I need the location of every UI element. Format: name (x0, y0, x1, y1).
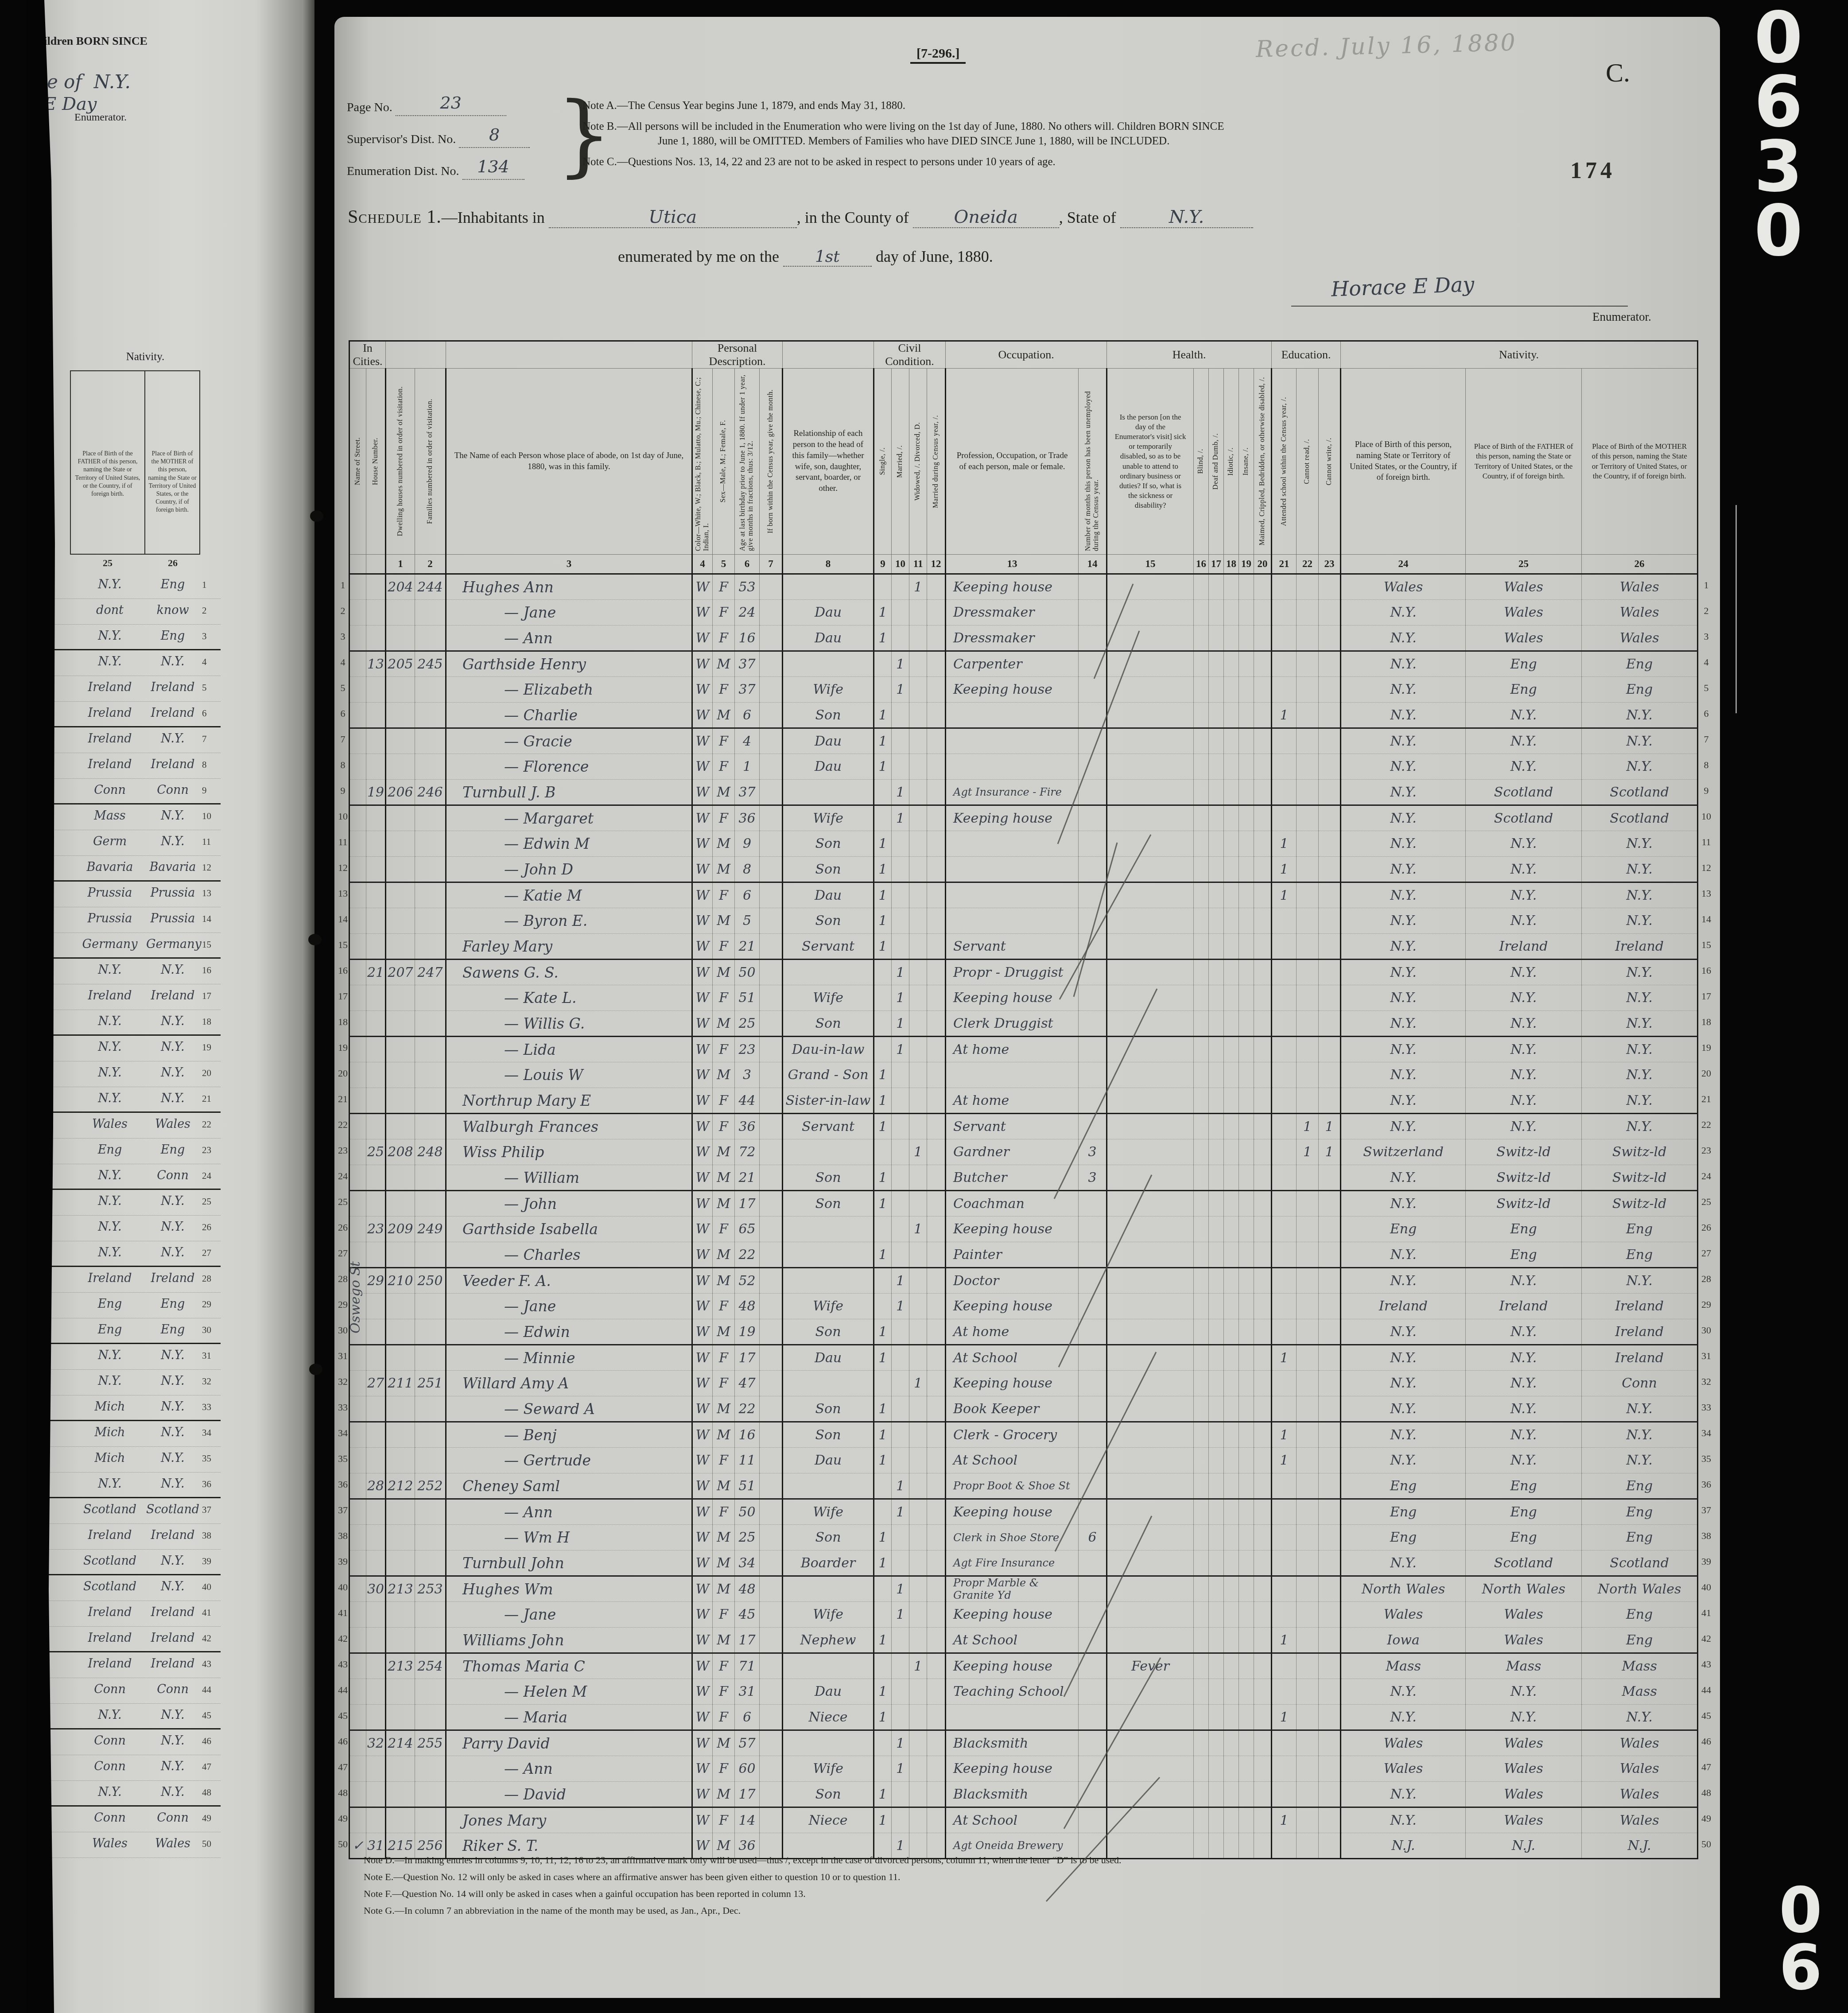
street-cell (349, 651, 366, 677)
color-cell: W (692, 1628, 713, 1653)
birth-month-cell (760, 985, 783, 1011)
pob-father-cell-value: Eng (1510, 657, 1537, 672)
single-cell-value: 1 (878, 1247, 887, 1263)
row-number-left: 28 (336, 1273, 349, 1285)
single-cell: 1 (874, 703, 892, 728)
unemployed-cell (1079, 1756, 1107, 1782)
single-cell (874, 677, 892, 703)
deaf-cell (1209, 1807, 1224, 1833)
color-cell-value: W (696, 630, 710, 646)
single-cell-value: 1 (878, 862, 887, 877)
col-header-4: Color—White, W.; Black, B.; Mulatto, Mu.… (692, 369, 713, 555)
color-cell-value: W (696, 1093, 710, 1108)
name-cell: — William (446, 1165, 692, 1191)
cannot-write-cell: 1 (1319, 1139, 1341, 1165)
married-cy-cell (927, 857, 946, 882)
family-cell (415, 831, 446, 857)
left-row-number: 50 (202, 1838, 211, 1850)
married-cell (892, 574, 909, 600)
left-page-row: ScotlandN.Y.40 (26, 1575, 221, 1601)
blind-cell (1194, 626, 1209, 651)
color-cell: W (692, 1396, 713, 1422)
occupation-cell (946, 831, 1079, 857)
dwelling-cell (386, 1037, 415, 1062)
table-row: 30213253Hughes WmWM481Propr Marble & Gra… (349, 1576, 1698, 1602)
deaf-cell (1209, 1756, 1224, 1782)
sex-cell: M (713, 703, 735, 728)
relationship-cell-value: Son (815, 1427, 841, 1443)
pob-father-cell-value: N.Y. (1510, 990, 1537, 1006)
color-cell: W (692, 1216, 713, 1242)
film-digit: 0 (1736, 199, 1821, 264)
cannot-write-cell (1319, 960, 1341, 985)
place-value: Utica (648, 207, 697, 227)
occupation-cell-value: Dressmaker (953, 605, 1035, 620)
col-number: 7 (760, 555, 783, 574)
occupation-cell: At School (946, 1628, 1079, 1653)
col-header-12: Married during Census year, /. (927, 369, 946, 555)
pob-father-cell: N.Y. (1466, 1396, 1582, 1422)
disabled-cell (1254, 960, 1272, 985)
pob-cell-value: Mass (1386, 1659, 1421, 1674)
left-pob-mother: N.Y. (146, 1092, 199, 1105)
pob-father-cell-value: N.Y. (1510, 1453, 1537, 1468)
sex-cell-value: F (719, 1093, 728, 1108)
married-cy-cell (927, 1037, 946, 1062)
house-cell (366, 1396, 386, 1422)
house-cell-value: 30 (367, 1582, 384, 1597)
color-cell-value: W (696, 1813, 710, 1828)
name-cell-value: — Willis G. (504, 1015, 585, 1032)
deaf-cell (1209, 626, 1224, 651)
name-cell: — Byron E. (446, 908, 692, 934)
left-row-number: 40 (202, 1582, 211, 1593)
left-pob-mother: N.Y. (146, 1426, 199, 1439)
col-header-26: Place of Birth of the MOTHER of this per… (1582, 369, 1698, 555)
left-pob-father: N.Y. (74, 578, 145, 591)
pob-cell-value: N.Y. (1390, 1453, 1416, 1468)
age-cell-value: 3 (743, 1067, 751, 1083)
pob-mother-cell: N.Y. (1582, 728, 1698, 754)
pob-mother-cell: Wales (1582, 1730, 1698, 1756)
school-cell (1272, 908, 1297, 934)
family-cell-value: 248 (417, 1144, 443, 1160)
disabled-cell (1254, 1807, 1272, 1833)
pob-mother-cell: N.J. (1582, 1833, 1698, 1859)
deaf-cell (1209, 1782, 1224, 1807)
row-number-right: 45 (1700, 1710, 1713, 1722)
deaf-cell (1209, 985, 1224, 1011)
name-cell-value: — John D (504, 861, 573, 878)
single-cell-value: 1 (878, 888, 887, 903)
birth-month-cell (760, 1499, 783, 1525)
relationship-cell: Servant (783, 934, 874, 960)
row-number-right: 19 (1700, 1042, 1713, 1053)
sex-cell-value: M (717, 657, 730, 672)
family-cell (415, 1448, 446, 1473)
col-header-6: Age at last birthday prior to June 1, 18… (735, 369, 760, 555)
color-cell: W (692, 626, 713, 651)
pob-father-cell-value: Wales (1504, 1813, 1543, 1828)
table-row: 21207247Sawens G. S.WM501Propr - Druggis… (349, 960, 1698, 985)
age-cell-value: 17 (738, 1350, 755, 1366)
col-number: 14 (1079, 555, 1107, 574)
pob-cell: N.Y. (1341, 1062, 1466, 1088)
disabled-cell (1254, 677, 1272, 703)
birth-month-cell (760, 780, 783, 805)
birth-month-cell (760, 1679, 783, 1705)
school-cell: 1 (1272, 1448, 1297, 1473)
cannot-write-cell (1319, 882, 1341, 908)
single-cell-value: 1 (878, 1196, 887, 1212)
widowed-cell (909, 703, 927, 728)
relationship-cell (783, 960, 874, 985)
blind-cell (1194, 1139, 1209, 1165)
dwelling-cell (386, 600, 415, 626)
age-cell: 16 (735, 626, 760, 651)
row-number-right: 9 (1700, 785, 1713, 797)
left-pob-father: Mich (74, 1451, 145, 1465)
relationship-cell: Dau (783, 1345, 874, 1371)
left-pob-mother: Eng (146, 1297, 199, 1311)
pob-father-cell: N.Y. (1466, 1679, 1582, 1705)
age-cell: 17 (735, 1345, 760, 1371)
left-page-row: N.Y.N.Y.48 (26, 1781, 221, 1807)
dwelling-cell: 211 (386, 1371, 415, 1396)
married-cell (892, 1345, 909, 1371)
disabled-cell (1254, 1216, 1272, 1242)
age-cell: 14 (735, 1807, 760, 1833)
name-cell-value: Veeder F. A. (462, 1272, 551, 1290)
col-number: 22 (1297, 555, 1319, 574)
house-cell (366, 1114, 386, 1139)
married-cy-cell (927, 985, 946, 1011)
sex-cell-value: M (717, 1838, 730, 1854)
pob-father-cell: Eng (1466, 1525, 1582, 1551)
relationship-cell-value: Niece (808, 1813, 847, 1828)
color-cell-value: W (696, 1684, 710, 1699)
left-page-row: EngEng23 (26, 1139, 221, 1164)
deaf-cell (1209, 1114, 1224, 1139)
note-a: Note A.—The Census Year begins June 1, 1… (582, 100, 1504, 111)
house-cell: 28 (366, 1473, 386, 1499)
left-page-row: ConnConn44 (26, 1678, 221, 1704)
cannot-read-cell (1297, 960, 1319, 985)
pob-cell: N.Y. (1341, 1011, 1466, 1037)
left-pob-mother: N.Y. (146, 1580, 199, 1593)
pob-mother-cell-value: Wales (1620, 1813, 1659, 1828)
pob-mother-cell: N.Y. (1582, 1037, 1698, 1062)
pob-mother-cell: N.Y. (1582, 1396, 1698, 1422)
table-row: — EdwinWM19Son1At homeN.Y.N.Y.Ireland (349, 1319, 1698, 1345)
pob-mother-cell: N.Y. (1582, 1448, 1698, 1473)
pob-cell-value: N.Y. (1390, 734, 1416, 749)
pob-cell: N.Y. (1341, 1705, 1466, 1730)
disabled-cell (1254, 831, 1272, 857)
house-cell (366, 1602, 386, 1628)
unemployed-cell (1079, 1473, 1107, 1499)
pob-father-cell: Scotland (1466, 1551, 1582, 1576)
col-number: 16 (1194, 555, 1209, 574)
sex-cell: M (713, 1576, 735, 1602)
name-cell-value: Garthside Isabella (462, 1220, 598, 1238)
unemployed-cell (1079, 651, 1107, 677)
pob-father-cell-value: N.Y. (1510, 862, 1537, 877)
pob-mother-cell-value: N.Y. (1626, 1016, 1652, 1031)
pob-father-cell-value: N.Y. (1510, 1067, 1537, 1083)
family-cell (415, 1756, 446, 1782)
cannot-write-cell (1319, 1242, 1341, 1268)
occupation-cell-value: Propr Marble & Granite Yd (953, 1577, 1039, 1601)
table-row: 19206246Turnbull J. BWM371Agt Insurance … (349, 780, 1698, 805)
pob-father-cell-value: N.Y. (1510, 913, 1537, 929)
pob-father-cell-value: N.J. (1512, 1838, 1535, 1854)
relationship-cell: Son (783, 857, 874, 882)
cannot-write-cell (1319, 985, 1341, 1011)
school-cell (1272, 1653, 1297, 1679)
unemployed-cell (1079, 600, 1107, 626)
relationship-cell-value: Son (815, 1324, 841, 1340)
sickness-cell (1107, 1191, 1194, 1216)
sickness-cell (1107, 882, 1194, 908)
name-cell: — Ann (446, 626, 692, 651)
pob-cell: N.Y. (1341, 1037, 1466, 1062)
left-pob-mother: Ireland (146, 1271, 199, 1285)
sickness-cell (1107, 1679, 1194, 1705)
single-cell (874, 1037, 892, 1062)
name-cell-value: Wiss Philip (462, 1143, 544, 1161)
relationship-cell: Son (783, 1319, 874, 1345)
dwelling-cell: 207 (386, 960, 415, 985)
left-page-row: EngEng29 (26, 1293, 221, 1318)
street-cell (349, 1345, 366, 1371)
deaf-cell (1209, 1653, 1224, 1679)
name-cell-value: — Byron E. (504, 912, 587, 929)
deaf-cell (1209, 1422, 1224, 1448)
left-pob-mother: Eng (146, 629, 199, 643)
married-cell (892, 754, 909, 780)
occupation-cell-value: At home (953, 1324, 1009, 1340)
married-cell: 1 (892, 960, 909, 985)
sickness-cell (1107, 1114, 1194, 1139)
sex-cell: M (713, 857, 735, 882)
deaf-cell (1209, 574, 1224, 600)
single-cell-value: 1 (878, 1067, 887, 1083)
dwelling-cell (386, 1088, 415, 1114)
row-number-left: 17 (336, 991, 349, 1002)
dwelling-cell (386, 1525, 415, 1551)
col-header-13: Profession, Occupation, or Trade of each… (946, 369, 1079, 555)
left-page-row: WalesWales22 (26, 1113, 221, 1139)
school-cell (1272, 780, 1297, 805)
single-cell: 1 (874, 754, 892, 780)
age-cell-value: 5 (743, 913, 751, 929)
pob-cell-value: N.Y. (1390, 1273, 1416, 1289)
sex-cell: M (713, 831, 735, 857)
col-number: 11 (909, 555, 927, 574)
family-cell: 249 (415, 1216, 446, 1242)
relationship-cell-value: Wife (813, 990, 843, 1006)
left-row-number: 1 (202, 579, 207, 591)
school-cell: 1 (1272, 1345, 1297, 1371)
insane-cell (1239, 960, 1254, 985)
left-page-row: IrelandIreland5 (26, 676, 221, 702)
age-cell-value: 37 (738, 785, 755, 800)
name-cell: — Lida (446, 1037, 692, 1062)
age-cell: 48 (735, 1576, 760, 1602)
sex-cell-value: M (717, 1555, 730, 1571)
left-pob-father: Mass (74, 809, 145, 823)
footer-note: Note D.—In making entries in columns 9, … (364, 1855, 1648, 1865)
left-col26-header: Place of Birth of the MOTHER of this per… (145, 370, 200, 555)
married-cy-cell (927, 1165, 946, 1191)
married-cell-value: 1 (896, 1042, 905, 1057)
family-cell (415, 1679, 446, 1705)
house-cell (366, 703, 386, 728)
married-cell (892, 1525, 909, 1551)
pob-mother-cell-value: Eng (1626, 1607, 1653, 1622)
pob-mother-cell-value: Ireland (1615, 939, 1664, 954)
pob-cell-value: N.Y. (1390, 965, 1416, 980)
family-cell: 252 (415, 1473, 446, 1499)
left-pob-mother: N.Y. (146, 1348, 199, 1362)
name-cell-value: — David (504, 1786, 566, 1803)
age-cell: 5 (735, 908, 760, 934)
unemployed-cell (1079, 1216, 1107, 1242)
sex-cell: M (713, 1062, 735, 1088)
color-cell-value: W (696, 965, 710, 980)
sickness-cell (1107, 728, 1194, 754)
relationship-cell-value: Dau (815, 1350, 842, 1366)
age-cell: 3 (735, 1062, 760, 1088)
left-row-number: 5 (202, 682, 207, 693)
age-cell: 1 (735, 754, 760, 780)
deaf-cell (1209, 1319, 1224, 1345)
dwelling-cell: 214 (386, 1730, 415, 1756)
school-cell (1272, 1551, 1297, 1576)
unemployed-cell (1079, 1242, 1107, 1268)
dwelling-cell-value: 209 (388, 1221, 413, 1237)
pob-cell: N.J. (1341, 1833, 1466, 1859)
birth-month-cell (760, 960, 783, 985)
married-cy-cell (927, 1576, 946, 1602)
widowed-cell (909, 1345, 927, 1371)
table-row: 204244Hughes AnnWF531Keeping houseWalesW… (349, 574, 1698, 600)
cannot-read-cell (1297, 1473, 1319, 1499)
footer-note: Note G.—In column 7 an abbreviation in t… (364, 1906, 1648, 1916)
left-row-number: 30 (202, 1325, 211, 1336)
cannot-read-cell (1297, 882, 1319, 908)
single-cell (874, 1473, 892, 1499)
married-cy-cell (927, 1011, 946, 1037)
married-cell-value: 1 (896, 1273, 905, 1289)
pob-father-cell-value: Eng (1510, 1221, 1537, 1237)
row-number-right: 24 (1700, 1170, 1713, 1182)
row-number-left: 21 (336, 1093, 349, 1105)
occupation-cell-value: Keeping house (953, 1607, 1052, 1622)
pob-mother-cell: Eng (1582, 677, 1698, 703)
school-cell (1272, 1011, 1297, 1037)
sickness-cell (1107, 805, 1194, 831)
insane-cell (1239, 1705, 1254, 1730)
name-cell: — Edwin M (446, 831, 692, 857)
relationship-cell-value: Dau (815, 605, 842, 620)
house-cell-value: 31 (367, 1838, 384, 1854)
col-number: 1 (386, 555, 415, 574)
age-cell-value: 19 (738, 1324, 755, 1340)
unemployed-cell (1079, 1088, 1107, 1114)
sex-cell: F (713, 754, 735, 780)
pob-cell-value: N.Y. (1390, 707, 1416, 723)
widowed-cell (909, 1807, 927, 1833)
sickness-cell (1107, 780, 1194, 805)
pob-father-cell: N.Y. (1466, 728, 1582, 754)
married-cell (892, 703, 909, 728)
deaf-cell (1209, 1088, 1224, 1114)
group-education: Education. (1272, 341, 1341, 369)
occupation-cell-value: Keeping house (953, 990, 1052, 1006)
left-pob-mother: N.Y. (146, 1040, 199, 1054)
married-cell: 1 (892, 1294, 909, 1319)
cannot-read-cell (1297, 1756, 1319, 1782)
idiotic-cell (1224, 1448, 1239, 1473)
family-cell (415, 677, 446, 703)
film-reel-number-top: 0630 (1736, 6, 1821, 264)
school-cell (1272, 754, 1297, 780)
insane-cell (1239, 574, 1254, 600)
pob-cell: N.Y. (1341, 1191, 1466, 1216)
pob-cell-value: N.Y. (1390, 1247, 1416, 1263)
col-number-blank (349, 555, 366, 574)
dwelling-cell (386, 703, 415, 728)
street-cell (349, 985, 366, 1011)
occupation-cell: Keeping house (946, 1499, 1079, 1525)
house-cell-value: 32 (367, 1736, 384, 1751)
left-row-number: 14 (202, 913, 211, 925)
unemployed-cell (1079, 1422, 1107, 1448)
row-number-left: 45 (336, 1710, 349, 1722)
name-cell-value: Williams John (462, 1632, 564, 1649)
occupation-cell: Blacksmith (946, 1730, 1079, 1756)
unemployed-cell-value: 3 (1088, 1144, 1097, 1160)
street-cell (349, 805, 366, 831)
color-cell-value: W (696, 1555, 710, 1571)
family-cell: 253 (415, 1576, 446, 1602)
sickness-cell (1107, 934, 1194, 960)
left-pob-father: Scotland (74, 1580, 145, 1593)
unemployed-cell (1079, 574, 1107, 600)
pob-father-cell: Ireland (1466, 934, 1582, 960)
age-cell-value: 22 (738, 1401, 755, 1417)
unemployed-cell (1079, 703, 1107, 728)
married-cy-cell (927, 960, 946, 985)
cannot-read-cell-value: 1 (1303, 1144, 1312, 1160)
cannot-write-cell (1319, 728, 1341, 754)
pob-mother-cell: N.Y. (1582, 985, 1698, 1011)
widowed-cell (909, 651, 927, 677)
enumerator-label: Enumerator. (1592, 310, 1651, 324)
group-health: Health. (1107, 341, 1272, 369)
color-cell: W (692, 1448, 713, 1473)
left-pob-father: Ireland (74, 1657, 145, 1671)
group-blank-12 (386, 341, 446, 369)
family-cell-value: 256 (417, 1838, 443, 1854)
col-number: 4 (692, 555, 713, 574)
left-row-number: 12 (202, 862, 211, 873)
occupation-cell (946, 754, 1079, 780)
unemployed-cell (1079, 728, 1107, 754)
occupation-cell: Agt Fire Insurance (946, 1551, 1079, 1576)
